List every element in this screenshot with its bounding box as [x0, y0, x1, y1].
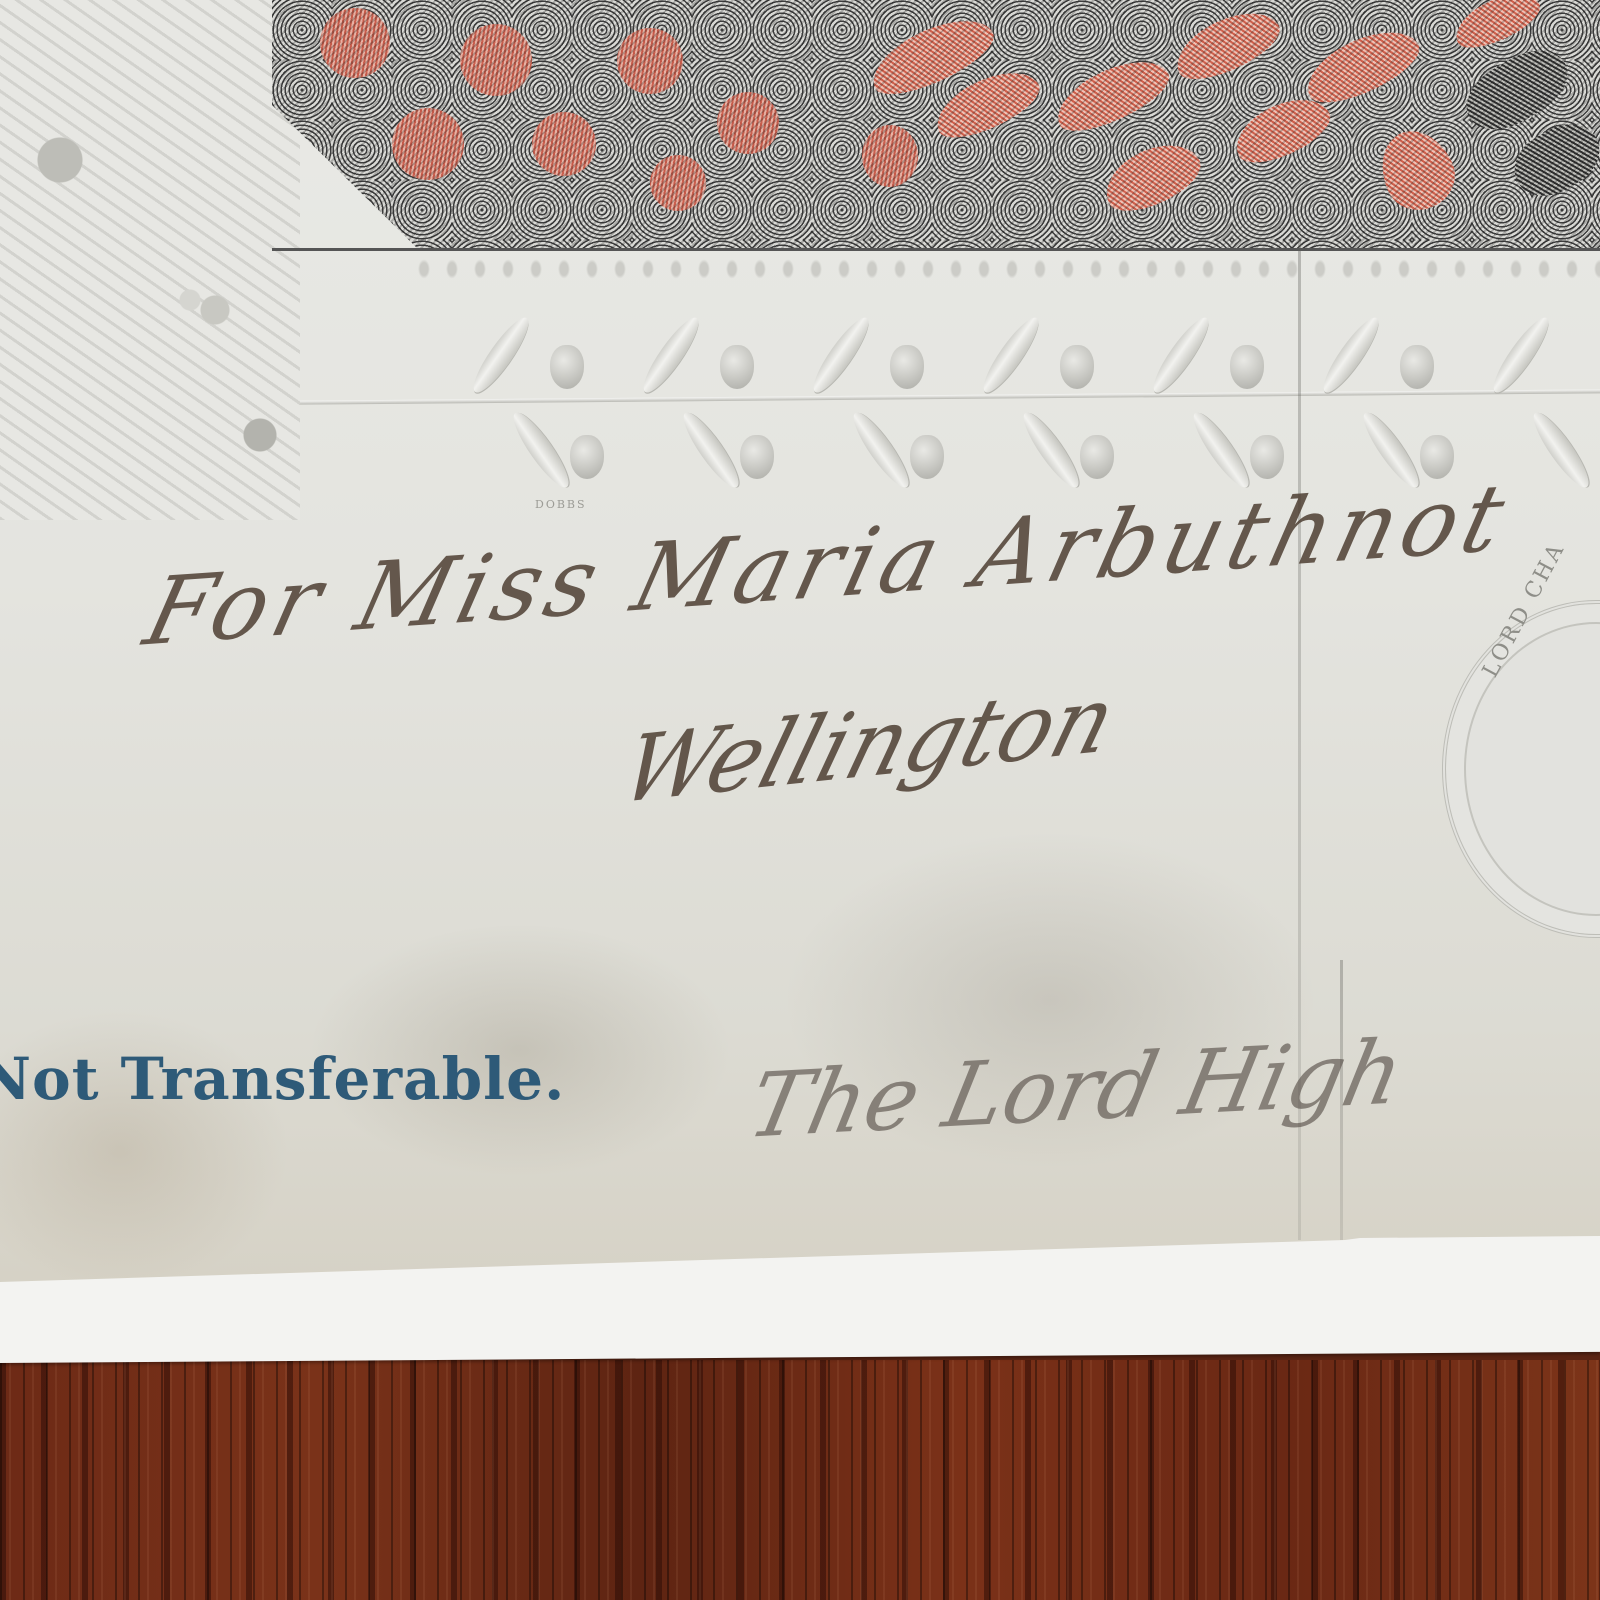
oak-leaf-icon [1186, 407, 1256, 493]
berry-icon [532, 112, 596, 176]
oak-leaf-icon [846, 407, 916, 493]
berry-icon [460, 24, 532, 96]
embossed-left-ornament [0, 0, 300, 520]
acorn-icon [1080, 435, 1114, 479]
leaf-icon [1448, 0, 1546, 57]
oak-leaf-icon [1316, 312, 1386, 398]
leaf-icon [1047, 47, 1177, 143]
ticket-paper: DOBBS LORD CHA For Miss Maria Arbuthnot … [0, 0, 1600, 1282]
oak-leaf-icon [676, 407, 746, 493]
leaf-icon [1167, 0, 1288, 91]
not-transferable-notice: Not Transferable. [0, 1045, 565, 1113]
vignette-border-line [272, 248, 1600, 251]
engraver-credit: DOBBS [535, 498, 587, 511]
dark-leaf-icon [1503, 112, 1600, 209]
berry-icon [392, 108, 464, 180]
berry-icon [650, 155, 706, 211]
oak-leaf-icon [1486, 312, 1556, 398]
acorn-icon [1230, 345, 1264, 389]
acorn-icon [1250, 435, 1284, 479]
oak-stem [300, 389, 1600, 404]
acorn-icon [890, 345, 924, 389]
handwritten-signature: Wellington [610, 665, 1127, 825]
berry-icon [717, 92, 779, 154]
berry-icon [862, 125, 918, 187]
leaf-icon [1226, 86, 1338, 174]
leaf-icon [1095, 131, 1208, 222]
berry-icon [320, 8, 390, 78]
acorn-icon [1400, 345, 1434, 389]
acorn-icon [1060, 345, 1094, 389]
berry-icon [617, 28, 683, 94]
leaf-icon [862, 5, 1002, 107]
oak-leaf-icon [806, 312, 876, 398]
oak-leaf-icon [976, 312, 1046, 398]
acorn-icon [570, 435, 604, 479]
acorn-icon [720, 345, 754, 389]
wooden-table [0, 1360, 1600, 1600]
oak-leaf-icon [1016, 407, 1086, 493]
oak-leaf-icon [506, 407, 576, 493]
oak-leaf-icon [1526, 407, 1596, 493]
embossed-seal [1442, 600, 1600, 938]
acorn-icon [550, 345, 584, 389]
acorn-icon [740, 435, 774, 479]
dark-leaf-icon [1454, 37, 1579, 144]
leaf-icon [1297, 17, 1428, 115]
oak-leaf-icon [466, 312, 536, 398]
oak-leaf-icon [1146, 312, 1216, 398]
handwritten-official-line: The Lord High [740, 1020, 1412, 1158]
acorn-icon [910, 435, 944, 479]
leaf-icon [927, 59, 1047, 149]
engraved-vignette [272, 0, 1600, 248]
embossed-oak-border [300, 255, 1600, 495]
leaf-icon [1368, 119, 1465, 221]
scallop-ornament [410, 255, 1600, 295]
oak-leaf-icon [636, 312, 706, 398]
